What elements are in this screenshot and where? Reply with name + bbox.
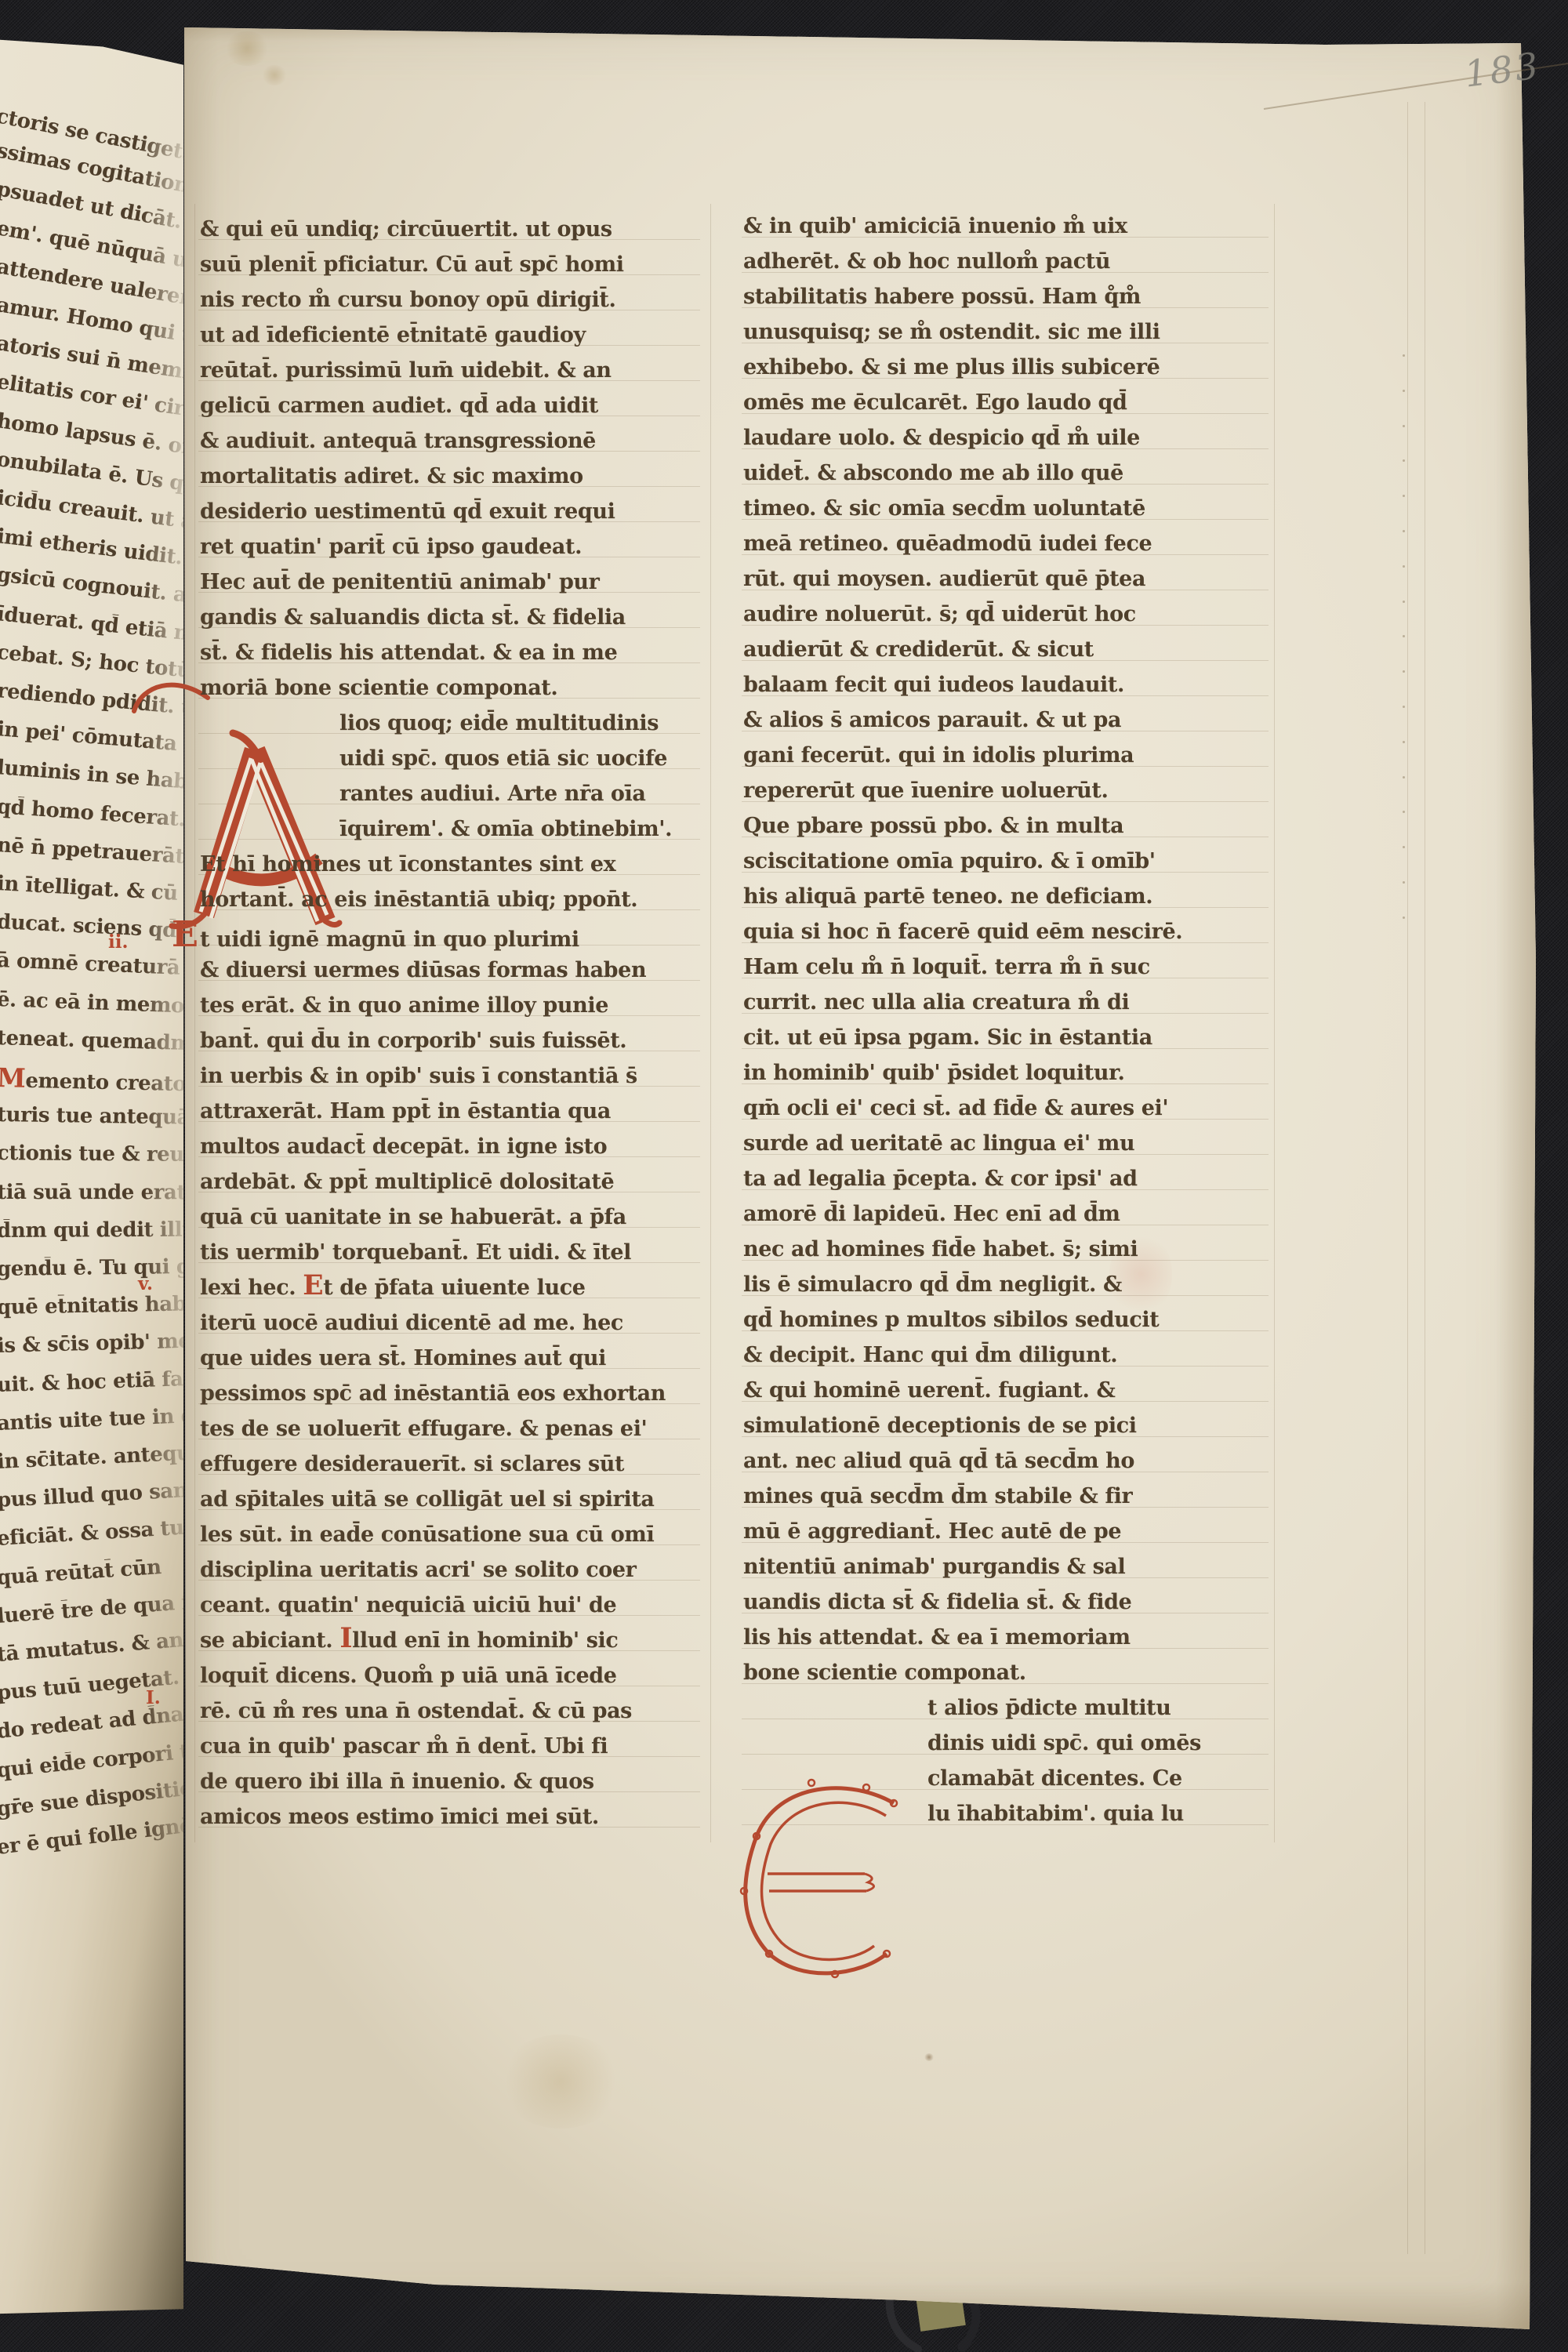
- text-line: uidet̄. & abscondo me ab illo quē: [743, 456, 1123, 491]
- text-column-2: & in quib' amiciciā inuenio m̊ uixadherē…: [743, 209, 1270, 1839]
- parchment-stain: [223, 31, 270, 66]
- text-line-fragment: gsicū cognouit. ac eū: [0, 563, 196, 608]
- text-line: surde ad ueritatē ac lingua ei' mu: [743, 1126, 1134, 1161]
- text-line-fragment: gr̄e sue dispositionē.: [0, 1777, 196, 1821]
- text-line-fragment: tā mutatus. & ant: [0, 1628, 196, 1667]
- text-line: Que pbare possū pbo. & in multa: [743, 808, 1123, 844]
- facing-page-edge: ctoris se castiget. Nssimas cogitationes…: [0, 33, 183, 2316]
- text-line: lios quoq; eid̄e multitudinis: [200, 706, 659, 741]
- pricking-hole: [1403, 530, 1405, 532]
- text-line: reūtat̄. purissimū lum̄ uidebit. & an: [200, 353, 612, 388]
- text-line: ceant. quatin' nequiciā uiciū hui' de: [200, 1588, 616, 1623]
- rubric-initial: M: [0, 1065, 26, 1094]
- text-line: quā cū uanitate in se habuerāt. a p̄fa: [200, 1200, 626, 1235]
- text-line: multos audact̄ decepāt. in igne isto: [200, 1129, 607, 1164]
- text-line: timeo. & sic omīa secd̄m uoluntatē: [743, 491, 1145, 526]
- text-line: lu īhabitabim'. quia lu: [743, 1796, 1184, 1831]
- text-line-fragment: antis uite tue in q: [0, 1404, 196, 1436]
- text-line: & decipit. Hanc qui d̄m diligunt.: [743, 1338, 1117, 1373]
- text-line: de quero ibi illa n̄ inuenio. & quos: [200, 1764, 594, 1799]
- text-line-fragment: luerē t̄re de qua fac: [0, 1590, 196, 1628]
- text-line: rē. cū m̊ res una n̄ ostendat̄. & cū pas: [200, 1693, 632, 1729]
- text-line: & audiuit. antequā transgressionē: [200, 423, 596, 459]
- text-line: ant. nec aliud quā qd̄ tā secd̄m ho: [743, 1443, 1134, 1479]
- text-line-fragment: er ē qui folle ignē ex: [0, 1813, 196, 1860]
- text-line: gandis & saluandis dicta st̄. & fidelia: [200, 600, 626, 635]
- text-line: disciplina ueritatis acri' se solito coe…: [200, 1552, 636, 1588]
- text-line: attraxerāt. Ham ppt̄ in ēstantia qua: [200, 1094, 611, 1129]
- text-line: amorē d̄i lapideū. Hec enī ad d̄m: [743, 1196, 1120, 1232]
- text-line: simulationē deceptionis de se pici: [743, 1408, 1137, 1443]
- text-line-fragment: do redeat ad d̄nato: [0, 1702, 196, 1744]
- rule-line: [194, 204, 195, 1842]
- text-line: pessimos spc̄ ad inēstantiā eos exhortan: [200, 1376, 666, 1411]
- parchment-stain: [498, 2034, 623, 2129]
- text-line: amicos meos estimo īmici mei sūt.: [200, 1799, 599, 1835]
- text-line: audire noluerūt. s̄; qd̄ uiderūt hoc: [743, 597, 1136, 632]
- text-line: Hec aut̄ de penitentiū animab' pur: [200, 564, 600, 600]
- text-line-fragment: quā reūtat̄ cūn: [0, 1553, 196, 1590]
- text-line-fragment: tiā suā unde erat.: [0, 1181, 196, 1204]
- text-line-fragment: teneat. quemadm: [0, 1026, 196, 1055]
- text-line: in hominib' quib' p̄sidet loquitur.: [743, 1055, 1124, 1091]
- text-line: & qui hominē uerent̄. fugiant. &: [743, 1373, 1115, 1408]
- text-line-fragment: qui eid̄e corpori tuo: [0, 1739, 196, 1782]
- text-line: omēs me ēculcarēt. Ego laudo qd̄: [743, 385, 1127, 420]
- text-line: gelicū carmen audiet. qd̄ ada uidit: [200, 388, 598, 423]
- rule-line: [1407, 102, 1408, 2254]
- text-line: nec ad homines fid̄e habet. s̄; simi: [743, 1232, 1138, 1267]
- rubric-margin-mark: ii.: [108, 931, 128, 953]
- text-column-1: & qui eū undiq; circūuertit. ut opussuū …: [200, 212, 706, 1842]
- rubric-initial: E: [303, 1270, 323, 1301]
- text-line-fragment: is & sc̄is opib' meri: [0, 1330, 196, 1359]
- pricking-hole: [1403, 741, 1405, 743]
- facing-page-text: ctoris se castiget. Nssimas cogitationes…: [0, 100, 193, 1982]
- text-line-fragment: eficiāt. & ossa tua d: [0, 1515, 196, 1551]
- text-line: ta ad legalia p̄cepta. & cor ipsi' ad: [743, 1161, 1138, 1196]
- text-line: gani fecerūt. qui in idolis plurima: [743, 738, 1134, 773]
- pricking-hole: [1403, 390, 1405, 392]
- text-line: mortalitatis adiret. & sic maximo: [200, 459, 583, 494]
- text-line: cit. ut eū ipsa pgam. Sic in ēstantia: [743, 1020, 1152, 1055]
- text-line-fragment: d̄nm qui dedit illu: [0, 1218, 196, 1242]
- manuscript-photograph: ctoris se castiget. Nssimas cogitationes…: [0, 0, 1568, 2352]
- pricking-hole: [1403, 425, 1405, 427]
- text-line: meā retineo. quēadmodū iudei fece: [743, 526, 1152, 561]
- text-line: stabilitatis habere possū. Ham q̊m̊: [743, 279, 1141, 314]
- text-line-fragment: in sc̄itate. antequā: [0, 1441, 196, 1474]
- text-line: ret quatin' parit̄ cū ipso gaudeat.: [200, 529, 582, 564]
- text-line: & in quib' amiciciā inuenio m̊ uix: [743, 209, 1127, 244]
- pricking-hole: [1403, 916, 1405, 919]
- text-line: his aliquā partē teneo. ne deficiam.: [743, 879, 1152, 914]
- pricking-hole: [1403, 565, 1405, 568]
- rubric-initial: I: [339, 1623, 352, 1654]
- text-line: nis recto m̊ cursu bonoy opū dirigit̄.: [200, 282, 615, 318]
- text-line: in uerbis & in opib' suis ī constantiā s…: [200, 1058, 637, 1094]
- text-line: t alios p̄dicte multitu: [743, 1690, 1171, 1726]
- text-line: tes de se uoluerīt effugare. & penas ei': [200, 1411, 647, 1446]
- text-line: effugere desiderauerīt. si sclares sūt: [200, 1446, 624, 1482]
- text-line-fragment: Memento creato: [0, 1065, 196, 1097]
- rubric-margin-mark: I.: [146, 1687, 161, 1708]
- text-line-fragment: ā omnē creaturā p: [0, 949, 196, 981]
- text-line: quia si hoc n̄ facerē quid eēm nescirē.: [743, 914, 1182, 949]
- text-line: bone scientie componat.: [743, 1655, 1026, 1690]
- text-line: mū ē aggrediant̄. Hec autē de pe: [743, 1514, 1121, 1549]
- text-line: mines quā secd̄m d̄m stabile & fir: [743, 1479, 1132, 1514]
- text-line: exhibebo. & si me plus illis subicerē: [743, 350, 1160, 385]
- text-line: que uides uera st̄. Homines aut̄ qui: [200, 1341, 606, 1376]
- text-line: repererūt que īuenire uoluerūt.: [743, 773, 1108, 808]
- text-line: ardebāt. & ppt̄ multiplicē dolositatē: [200, 1164, 614, 1200]
- text-line: qm̄ ocli ei' ceci st̄. ad fid̄e & aures …: [743, 1091, 1168, 1126]
- text-line: audierūt & crediderūt. & sicut: [743, 632, 1094, 667]
- text-line: rantes audiui. Arte nr̄a oīa: [200, 776, 645, 811]
- rule-line: [1274, 204, 1275, 1842]
- text-line: īquirem'. & omīa obtinebim'.: [200, 811, 672, 847]
- text-line: uandis dicta st̄ & fidelia st̄. & fide: [743, 1584, 1131, 1620]
- text-line: ut ad īdeficientē et̄nitatē gaudioy: [200, 318, 586, 353]
- text-line: iterū uocē audiui dicentē ad me. hec: [200, 1305, 623, 1341]
- text-line: lis ē simulacro qd̄ d̄m negligit. &: [743, 1267, 1122, 1302]
- text-line-fragment: ctionis tue & reuer: [0, 1142, 196, 1167]
- text-line: bant̄. qui d̄u in corporib' suis fuissēt…: [200, 1023, 626, 1058]
- text-line: st̄. & fidelis his attendat. & ea in me: [200, 635, 617, 670]
- text-line: & qui eū undiq; circūuertit. ut opus: [200, 212, 612, 247]
- text-line-fragment: ē. ac eā in memoriā: [0, 988, 196, 1018]
- text-line: Et hī homines ut īconstantes sint ex: [200, 847, 615, 882]
- text-line: rūt. qui moysen. audierūt quē p̄tea: [743, 561, 1145, 597]
- text-line: nitentiū animab' purgandis & sal: [743, 1549, 1125, 1584]
- text-line-fragment: turis tue antequā: [0, 1103, 196, 1130]
- text-line: adherēt. & ob hoc nullom̊ pactū: [743, 244, 1110, 279]
- text-line: unusquisq; se m̊ ostendit. sic me illi: [743, 314, 1160, 350]
- pricking-hole: [1403, 706, 1405, 708]
- text-line: uidi spc̄. quos etiā sic uocife: [200, 741, 667, 776]
- rule-line: [710, 204, 711, 1842]
- pricking-hole: [1403, 601, 1405, 603]
- text-line: moriā bone scientie componat.: [200, 670, 557, 706]
- text-line: & diuersi uermes diūsas formas haben: [200, 953, 646, 988]
- text-line: qd̄ homines p multos sibilos seducit: [743, 1302, 1159, 1338]
- text-line: dinis uidi spc̄. qui omēs: [743, 1726, 1201, 1761]
- text-line-fragment: īduerat. qd̄ etiā ma: [0, 602, 196, 646]
- text-line: desiderio uestimentū qd̄ exuit requi: [200, 494, 615, 529]
- text-line-fragment: quē et̄nitatis habe: [0, 1292, 196, 1319]
- text-line: laudare uolo. & despicio qd̄ m̊ uile: [743, 420, 1140, 456]
- text-line-fragment: gend̄u ē. Tu qui gl: [0, 1255, 196, 1281]
- text-line: & alios s̄ amicos parauit. & ut pa: [743, 702, 1121, 738]
- text-line: lis his attendat. & ea ī memoriam: [743, 1620, 1131, 1655]
- pricking-hole: [1403, 776, 1405, 779]
- text-line: suū plenit̄ pficiatur. Cū aut̄ spc̄ homi: [200, 247, 624, 282]
- text-line: balaam fecit qui iudeos laudauit.: [743, 667, 1124, 702]
- parchment-stain: [261, 65, 288, 85]
- text-line: Et uidi ignē magnū in quo plurimi: [200, 917, 579, 953]
- text-line: currit. nec ulla alia creatura m̊ di: [743, 985, 1129, 1020]
- text-line: tes erāt. & in quo anime illoy punie: [200, 988, 608, 1023]
- text-line: sciscitatione omīa pquiro. & ī omīb': [743, 844, 1156, 879]
- text-line: cua in quib' pascar m̊ n̄ dent̄. Ubi fi: [200, 1729, 608, 1764]
- text-line-fragment: pus tuū uegetat. id̄c: [0, 1664, 196, 1705]
- text-line: se abiciant. Illud enī in hominib' sic: [200, 1623, 618, 1658]
- text-line: ad sp̄itales uitā se colligāt uel si spi…: [200, 1482, 655, 1517]
- pricking-hole: [1403, 881, 1405, 884]
- ink-spot: [924, 2053, 934, 2061]
- text-line: loquit̄ dicens. Quom̊ p uiā unā īcede: [200, 1658, 617, 1693]
- text-line: tis uermib' torquebant̄. Et uidi. & ītel: [200, 1235, 631, 1270]
- text-line-fragment: imi etheris uidit. & e: [0, 524, 196, 571]
- folio-number: 183: [1462, 44, 1543, 95]
- text-line-fragment: uit. & hoc etiā faci: [0, 1367, 196, 1396]
- text-line-fragment: pus illud quo sang: [0, 1479, 196, 1512]
- rule-line: [1425, 102, 1425, 2254]
- text-line: Ham celu m̊ n̄ loquit̄. terra m̊ n̄ suc: [743, 949, 1150, 985]
- text-line: les sūt. in ead̄e conūsatione sua cū omī: [200, 1517, 654, 1552]
- text-line: clamabāt dicentes. Ce: [743, 1761, 1182, 1796]
- text-line: lexi hec. Et de p̄fata uiuente luce: [200, 1270, 586, 1305]
- text-line: hortant̄. ac eis inēstantiā ubiq; ppon̄t…: [200, 882, 637, 917]
- pricking-hole: [1403, 354, 1405, 357]
- rubric-margin-mark: v.: [138, 1273, 153, 1294]
